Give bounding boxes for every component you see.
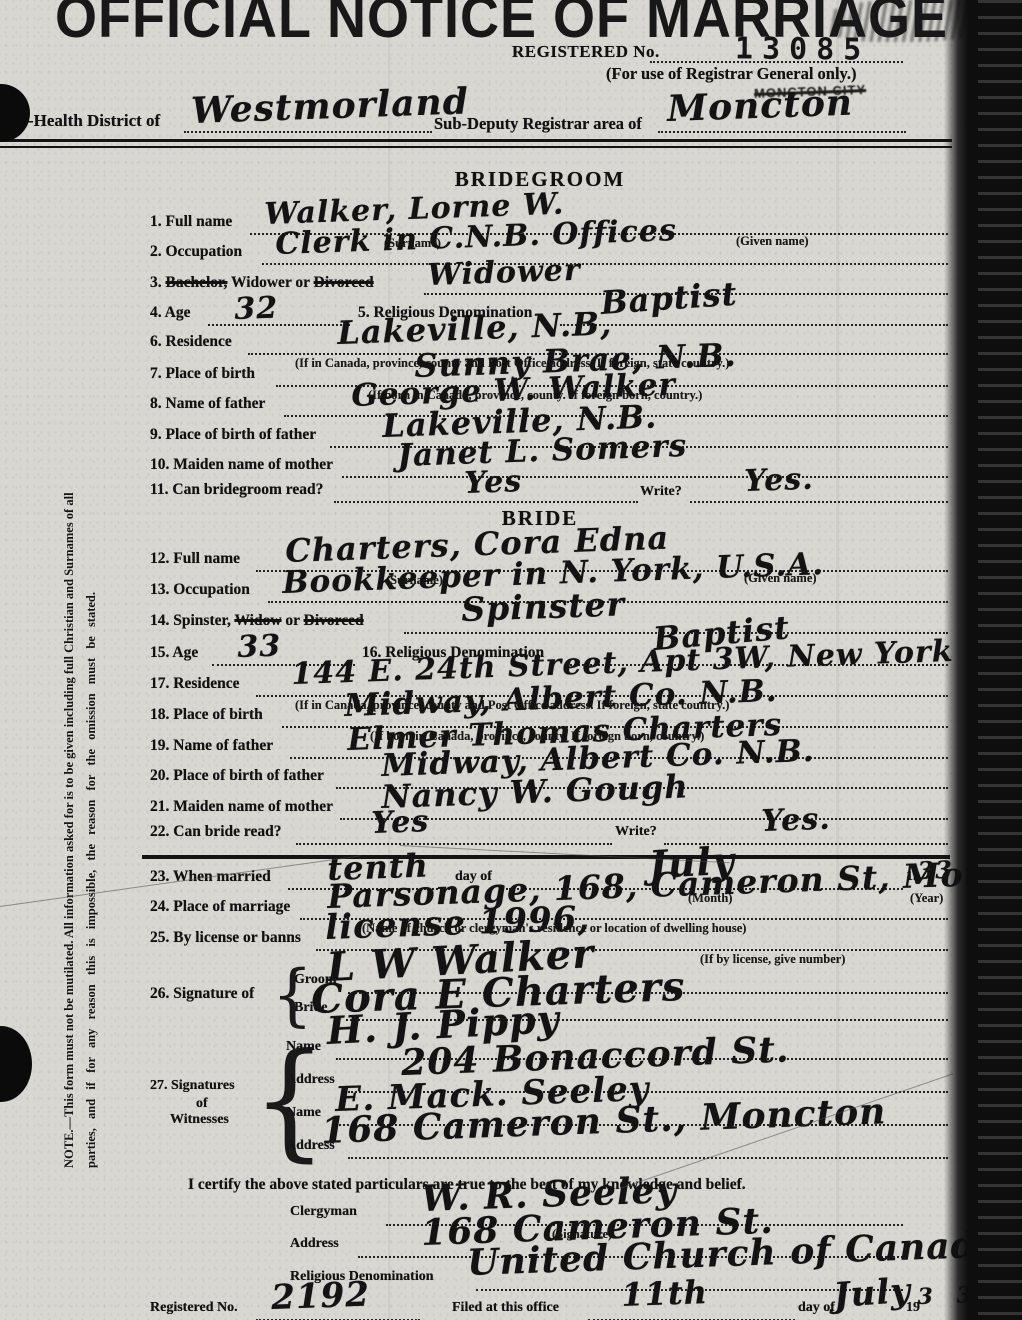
field-3-label: 3. Bachelor, Widower or Divorced xyxy=(150,274,374,292)
field-2-label: 2. Occupation xyxy=(150,243,242,261)
dotted-line xyxy=(342,476,948,478)
witness2-name-label: Name xyxy=(286,1105,321,1121)
field-13-label: 13. Occupation xyxy=(150,581,250,599)
dotted-line xyxy=(262,263,948,265)
binding-noise xyxy=(978,0,1022,1320)
dotted-line xyxy=(296,843,612,845)
note-line-2: parties, and if for any reason this is i… xyxy=(80,368,102,1168)
field-20-label: 20. Place of birth of father xyxy=(150,767,324,785)
bride-marital-status-handwriting: Spinster xyxy=(461,584,626,629)
dotted-line xyxy=(690,501,948,503)
field-15-label: 15. Age xyxy=(150,644,198,662)
field-14-struck-divorced: Divorced xyxy=(304,612,364,629)
groom-can-read-handwriting: Yes xyxy=(464,464,523,501)
write-label: Write? xyxy=(640,484,682,500)
bride-can-write-handwriting: Yes. xyxy=(761,802,831,839)
groom-religion-handwriting: Baptist xyxy=(599,275,738,322)
groom-can-write-handwriting: Yes. xyxy=(744,462,814,499)
clergyman-label: Clergyman xyxy=(290,1204,357,1220)
field-21-label: 21. Maiden name of mother xyxy=(150,798,333,816)
hole-punch xyxy=(0,1026,32,1102)
field-17-label: 17. Residence xyxy=(150,675,240,693)
field-3-number: 3. xyxy=(150,274,162,291)
field-6-label: 6. Residence xyxy=(150,333,232,351)
footer-day-of-label: day of xyxy=(798,1300,835,1316)
field-9-label: 9. Place of birth of father xyxy=(150,426,316,444)
bride-can-read-handwriting: Yes xyxy=(371,804,430,841)
hole-punch xyxy=(0,84,30,142)
filed-month-handwriting: July xyxy=(832,1271,912,1316)
dotted-line xyxy=(560,324,948,326)
field-4-label: 4. Age xyxy=(150,304,190,322)
field-3-struck-bachelor: Bachelor, xyxy=(166,274,228,291)
health-district-label: -Health District of xyxy=(28,111,160,131)
field-14-or: or xyxy=(285,612,299,629)
scanned-marriage-notice-document: OFFICIAL NOTICE OF MARRIAGE REGISTERED N… xyxy=(0,0,1022,1320)
witness1-address-label: Address xyxy=(286,1072,335,1088)
field-24-label: 24. Place of marriage xyxy=(150,898,290,916)
field-14-spinster: Spinster, xyxy=(173,612,231,629)
field-26-label: 26. Signature of xyxy=(150,985,254,1003)
bride-age-handwriting: 33 xyxy=(237,628,282,665)
field-10-label: 10. Maiden name of mother xyxy=(150,456,333,474)
dotted-line xyxy=(334,501,638,503)
filed-day-handwriting: 11th xyxy=(621,1273,709,1314)
dotted-line xyxy=(348,1157,948,1159)
footer-registered-handwriting: 2192 xyxy=(271,1275,371,1318)
field-22-label: 22. Can bride read? xyxy=(150,823,281,841)
footer-registered-label: Registered No. xyxy=(150,1300,238,1316)
license-number-hint: (If by license, give number) xyxy=(700,952,845,967)
field-3-struck-divorced: Divorced xyxy=(314,274,374,291)
dotted-line xyxy=(340,818,948,820)
field-14-label: 14. Spinster, Widow or Divorced xyxy=(150,612,364,630)
witnesses-label-line3: Witnesses xyxy=(170,1112,229,1128)
section-divider xyxy=(142,855,950,859)
dotted-line xyxy=(208,324,350,326)
field-7-label: 7. Place of birth xyxy=(150,365,255,383)
scan-binding-edge xyxy=(944,0,1022,1320)
field-12-label: 12. Full name xyxy=(150,550,240,568)
witness1-name-label: Name xyxy=(286,1039,321,1055)
witnesses-label-line1: 27. Signatures xyxy=(150,1078,235,1094)
field-11-label: 11. Can bridegroom read? xyxy=(150,481,323,499)
write-label: Write? xyxy=(615,824,657,840)
health-district-handwriting: Westmorland xyxy=(191,80,470,132)
field-14-struck-widow: Widow xyxy=(234,612,281,629)
note-line-1: NOTE.—This form must not be mutilated. A… xyxy=(58,368,80,1168)
dotted-line xyxy=(184,131,432,133)
registrar-only-note: (For use of Registrar General only.) xyxy=(606,64,857,84)
sub-deputy-handwriting: Moncton xyxy=(667,82,854,130)
groom-age-handwriting: 32 xyxy=(234,290,279,327)
field-3-widower-or: Widower or xyxy=(231,274,310,291)
field-8-label: 8. Name of father xyxy=(150,395,265,413)
field-25-label: 25. By license or banns xyxy=(150,929,301,947)
margin-note: NOTE.—This form must not be mutilated. A… xyxy=(58,368,102,1168)
clergyman-address-label: Address xyxy=(290,1236,339,1252)
registered-no-label: REGISTERED No. xyxy=(512,42,660,62)
field-18-label: 18. Place of birth xyxy=(150,706,263,724)
field-1-label: 1. Full name xyxy=(150,213,232,231)
field-14-number: 14. xyxy=(150,612,169,629)
field-19-label: 19. Name of father xyxy=(150,737,273,755)
groom-marital-status-handwriting: Widower xyxy=(427,253,581,293)
given-name-hint: (Given name) xyxy=(736,234,809,249)
section-divider xyxy=(0,139,952,148)
filed-at-office-label: Filed at this office xyxy=(452,1300,559,1316)
witnesses-label-line2: of xyxy=(196,1096,208,1112)
dotted-line xyxy=(658,131,906,133)
